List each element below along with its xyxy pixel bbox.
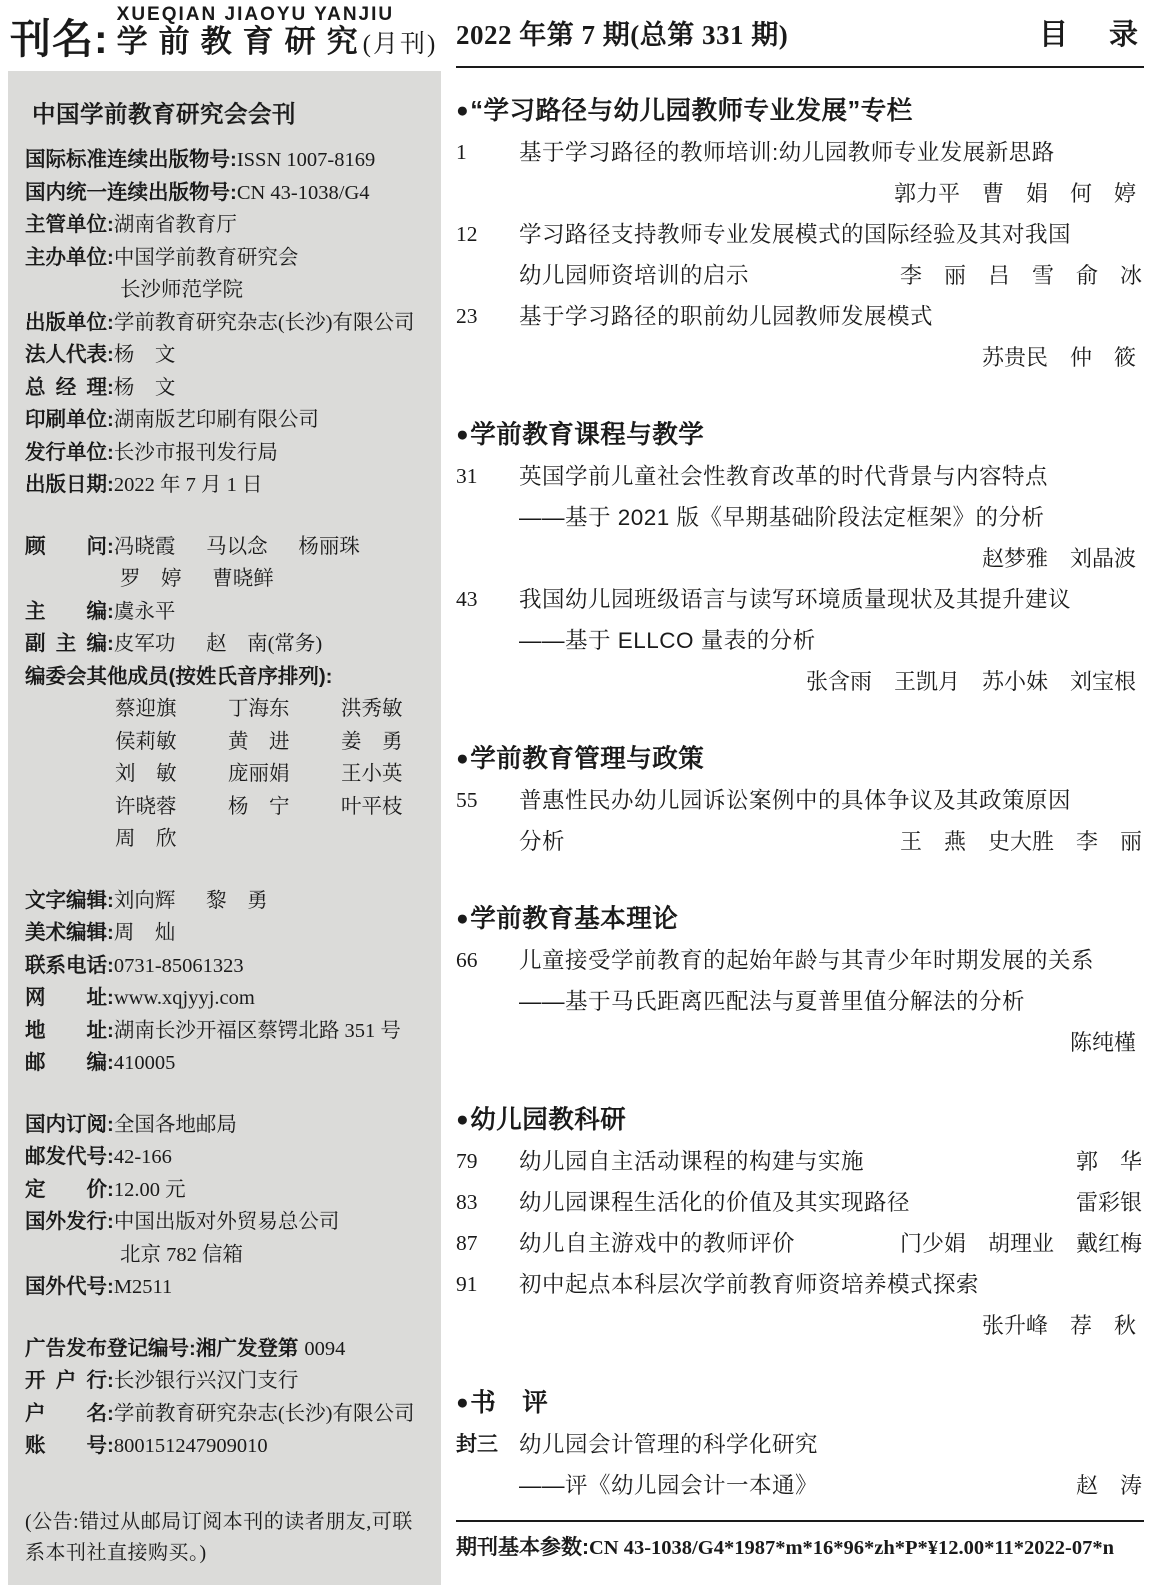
section-bullet-icon: ● — [456, 898, 469, 940]
toc-item: 封三幼儿园会计管理的科学化研究——评《幼儿园会计一本通》赵 涛 — [456, 1424, 1144, 1506]
info-label: 出版单位 — [25, 311, 107, 334]
info-value: 湖南省教育厅 — [114, 214, 237, 236]
toc-item: 87幼儿自主游戏中的教师评价门少娟 胡理业 戴红梅 — [456, 1223, 1144, 1264]
toc-item-text: 幼儿自主游戏中的教师评价门少娟 胡理业 戴红梅 — [519, 1223, 1144, 1264]
toc-title-text: 幼儿园课程生活化的价值及其实现路径 — [519, 1182, 910, 1223]
board-names-row: 侯莉敏黄 进姜 勇 — [25, 726, 431, 759]
info-colon: : — [107, 1113, 114, 1136]
toc-title-line: 我国幼儿园班级语言与读写环境质量现状及其提升建议 — [519, 579, 1144, 620]
info-row: 国外代号:M2511 — [25, 1271, 431, 1304]
info-colon: : — [107, 441, 114, 464]
info-colon: : — [230, 148, 237, 171]
board-member-name: 许晓蓉 — [115, 791, 228, 824]
info-colon: : — [107, 376, 114, 399]
info-colon: : — [107, 1178, 114, 1201]
toc-title-text: 幼儿园会计管理的科学化研究 — [519, 1424, 818, 1465]
toc-authors-inline: 赵 涛 — [1068, 1465, 1144, 1506]
toc-item-page: 79 — [456, 1141, 519, 1182]
toc-item-page: 83 — [456, 1182, 519, 1223]
toc-title-text: ——基于 ELLCO 量表的分析 — [519, 620, 816, 661]
info-group: 广告发布登记编号:湘广发登第0094开 户 行:长沙银行兴汉门支行户 名:学前教… — [25, 1333, 431, 1463]
toc-section: ●学前教育管理与政策55普惠性民办幼儿园诉讼案例中的具体争议及其政策原因分析王 … — [456, 738, 1144, 862]
info-row: 出版日期:2022 年 7 月 1 日 — [25, 469, 431, 502]
info-label: 文字编辑 — [25, 889, 107, 912]
board-member-name: 庞丽娟 — [228, 758, 341, 791]
info-row: 出版单位:学前教育研究杂志(长沙)有限公司 — [25, 307, 431, 340]
toc-section-header: ●幼儿园教科研 — [456, 1099, 1144, 1141]
info-label: 国际标准连续出版物号 — [25, 148, 230, 171]
toc-item-page: 91 — [456, 1264, 519, 1346]
info-row: 定 价:12.00 元 — [25, 1174, 431, 1207]
toc-item-page: 1 — [456, 132, 519, 214]
toc-title-line: ——基于马氏距离匹配法与夏普里值分解法的分析 — [519, 981, 1144, 1022]
journal-title-block: XUEQIAN JIAOYU YANJIU 学前教育研究(月刊) — [117, 5, 438, 58]
toc-item: 43我国幼儿园班级语言与读写环境质量现状及其提升建议——基于 ELLCO 量表的… — [456, 579, 1144, 702]
info-value: 周 灿 — [114, 922, 176, 944]
info-value: 杨 文 — [114, 344, 176, 366]
info-value: CN 43-1038/G4 — [237, 182, 370, 204]
toc-item-page: 43 — [456, 579, 519, 702]
info-colon: : — [230, 181, 237, 204]
issue-label: 2022 年第 7 期(总第 331 期) — [456, 13, 788, 52]
toc-title-text: 普惠性民办幼儿园诉讼案例中的具体争议及其政策原因 — [519, 780, 1071, 821]
section-bullet-icon: ● — [456, 738, 469, 780]
toc-section-title: “学习路径与幼儿园教师专业发展”专栏 — [470, 90, 913, 132]
info-colon: : — [107, 535, 114, 558]
toc-item-page: 31 — [456, 456, 519, 579]
toc-title-text: 基于学习路径的教师培训:幼儿园教师专业发展新思路 — [519, 132, 1055, 173]
info-colon: : — [107, 889, 114, 912]
board-member-name: 黄 进 — [228, 726, 341, 759]
info-colon: : — [107, 1402, 114, 1425]
info-row: 副 主 编:皮军功 赵 南(常务) — [25, 628, 431, 661]
toc-title-line: ——基于 2021 版《早期基础阶段法定框架》的分析 — [519, 497, 1144, 538]
toc-title-text: 英国学前儿童社会性教育改革的时代背景与内容特点 — [519, 456, 1048, 497]
info-row: 国内订阅:全国各地邮局 — [25, 1109, 431, 1142]
board-member-name: 丁海东 — [228, 693, 341, 726]
toc-item-page: 87 — [456, 1223, 519, 1264]
info-label: 主办单位 — [25, 246, 107, 269]
toc-item-text: 儿童接受学前教育的起始年龄与其青少年时期发展的关系——基于马氏距离匹配法与夏普里… — [519, 940, 1144, 1063]
toc-item: 31英国学前儿童社会性教育改革的时代背景与内容特点——基于 2021 版《早期基… — [456, 456, 1144, 579]
info-label: 出版日期 — [25, 473, 107, 496]
info-colon: : — [107, 1369, 114, 1392]
info-value: 学前教育研究杂志(长沙)有限公司 — [114, 1403, 415, 1425]
info-row: 文字编辑:刘向辉 黎 勇 — [25, 885, 431, 918]
info-continuation: 北京 782 信箱 — [25, 1239, 431, 1272]
toc-title-text: ——基于 2021 版《早期基础阶段法定框架》的分析 — [519, 497, 1045, 538]
info-value: 0094 — [304, 1338, 345, 1360]
info-continuation: 罗 婷 曹晓鲜 — [25, 563, 431, 596]
toc-title-line: 分析王 燕 史大胜 李 丽 — [519, 821, 1144, 862]
info-row: 邮发代号:42-166 — [25, 1141, 431, 1174]
toc-title-line: 儿童接受学前教育的起始年龄与其青少年时期发展的关系 — [519, 940, 1144, 981]
info-label: 顾 问 — [25, 535, 107, 558]
info-colon: : — [107, 343, 114, 366]
info-label: 主 编 — [25, 600, 107, 623]
info-value: 冯晓霞 马以念 杨丽珠 — [114, 536, 360, 558]
info-value: 皮军功 赵 南(常务) — [114, 633, 322, 655]
info-value: 刘向辉 黎 勇 — [114, 890, 268, 912]
toc-section-header: ●学前教育基本理论 — [456, 898, 1144, 940]
info-colon: : — [107, 1275, 114, 1298]
info-row: 地 址:湖南长沙开福区蔡锷北路 351 号 — [25, 1015, 431, 1048]
info-value: 中国学前教育研究会 — [114, 247, 299, 269]
toc-title-line: ——评《幼儿园会计一本通》赵 涛 — [519, 1465, 1144, 1506]
toc-title-text: 分析 — [519, 821, 565, 862]
info-colon: : — [107, 954, 114, 977]
section-bullet-icon: ● — [456, 1382, 469, 1424]
board-member-name: 洪秀敏 — [341, 693, 441, 726]
board-member-name: 姜 勇 — [341, 726, 441, 759]
toc-item-page: 23 — [456, 296, 519, 378]
info-colon: : — [189, 1337, 196, 1360]
toc-item-page: 封三 — [456, 1424, 519, 1506]
section-bullet-icon: ● — [456, 414, 469, 456]
toc-heading: 目 录 — [1039, 12, 1144, 53]
info-value: 42-166 — [114, 1146, 172, 1168]
info-value: 长沙市报刊发行局 — [114, 442, 278, 464]
toc-title-line: 幼儿自主游戏中的教师评价门少娟 胡理业 戴红梅 — [519, 1223, 1144, 1264]
toc-item: 55普惠性民办幼儿园诉讼案例中的具体争议及其政策原因分析王 燕 史大胜 李 丽 — [456, 780, 1144, 862]
toc-title-text: 初中起点本科层次学前教育师资培养模式探索 — [519, 1264, 979, 1305]
info-row: 联系电话:0731-85061323 — [25, 950, 431, 983]
toc-section-title: 学前教育基本理论 — [470, 898, 678, 940]
board-member-name: 叶平枝 — [341, 791, 441, 824]
toc-item-text: 幼儿园会计管理的科学化研究——评《幼儿园会计一本通》赵 涛 — [519, 1424, 1144, 1506]
info-value: ISSN 1007-8169 — [237, 149, 375, 171]
info-label: 美术编辑 — [25, 921, 107, 944]
info-group: 国际标准连续出版物号:ISSN 1007-8169国内统一连续出版物号:CN 4… — [25, 144, 431, 502]
section-bullet-icon: ● — [456, 90, 469, 132]
info-colon: : — [107, 600, 114, 623]
toc-section-title: 学前教育课程与教学 — [470, 414, 704, 456]
info-label: 国外发行 — [25, 1210, 107, 1233]
info-row: 国际标准连续出版物号:ISSN 1007-8169 — [25, 144, 431, 177]
info-continuation: 长沙师范学院 — [25, 274, 431, 307]
toc-section-title: 学前教育管理与政策 — [470, 738, 704, 780]
info-colon: : — [107, 921, 114, 944]
info-value: 长沙银行兴汉门支行 — [114, 1370, 299, 1392]
info-value: 湖南长沙开福区蔡锷北路 351 号 — [114, 1020, 401, 1042]
toc-title-line: 初中起点本科层次学前教育师资培养模式探索 — [519, 1264, 1144, 1305]
toc-title-line: 基于学习路径的教师培训:幼儿园教师专业发展新思路 — [519, 132, 1144, 173]
info-colon: : — [107, 311, 114, 334]
board-member-name: 侯莉敏 — [115, 726, 228, 759]
toc-section-title: 书 评 — [470, 1382, 548, 1424]
toc-title-text: 幼儿园自主活动课程的构建与实施 — [519, 1141, 864, 1182]
toc-item-page: 66 — [456, 940, 519, 1063]
section-bullet-icon: ● — [456, 1099, 469, 1141]
info-label: 网 址 — [25, 986, 107, 1009]
info-row: 发行单位:长沙市报刊发行局 — [25, 437, 431, 470]
toc-item-page: 12 — [456, 214, 519, 296]
toc-title-text: 基于学习路径的职前幼儿园教师发展模式 — [519, 296, 933, 337]
toc-item-text: 英国学前儿童社会性教育改革的时代背景与内容特点——基于 2021 版《早期基础阶… — [519, 456, 1144, 579]
toc-title-line: 基于学习路径的职前幼儿园教师发展模式 — [519, 296, 1144, 337]
toc-title-line: 英国学前儿童社会性教育改革的时代背景与内容特点 — [519, 456, 1144, 497]
info-box-title: 中国学前教育研究会会刊 — [32, 95, 431, 129]
toc-authors-inline: 王 燕 史大胜 李 丽 — [892, 821, 1144, 862]
toc-authors-line: 苏贵民 仲 筱 — [519, 337, 1144, 378]
toc-title-line: 幼儿园会计管理的科学化研究 — [519, 1424, 1144, 1465]
info-row: 邮 编:410005 — [25, 1047, 431, 1080]
info-colon: : — [107, 986, 114, 1009]
toc-authors-line: 张升峰 荐 秋 — [519, 1305, 1144, 1346]
toc-item: 23基于学习路径的职前幼儿园教师发展模式苏贵民 仲 筱 — [456, 296, 1144, 378]
info-label: 国内统一连续出版物号 — [25, 181, 230, 204]
toc-item-text: 普惠性民办幼儿园诉讼案例中的具体争议及其政策原因分析王 燕 史大胜 李 丽 — [519, 780, 1144, 862]
info-label: 副 主 编 — [25, 632, 107, 655]
info-row: 账 号:800151247909010 — [25, 1430, 431, 1463]
info-colon: : — [107, 213, 114, 236]
info-colon: : — [107, 1019, 114, 1042]
info-value-bold: 湘广发登第 — [196, 1337, 299, 1360]
info-row: 主 编:虞永平 — [25, 596, 431, 629]
info-group: (公告:错过从邮局订阅本刊的读者朋友,可联系本刊社直接购买。) — [25, 1507, 431, 1569]
journal-frequency: (月刊) — [363, 31, 438, 58]
toc-section: ●学前教育基本理论66儿童接受学前教育的起始年龄与其青少年时期发展的关系——基于… — [456, 898, 1144, 1063]
info-row: 户 名:学前教育研究杂志(长沙)有限公司 — [25, 1398, 431, 1431]
toc-section-header: ●“学习路径与幼儿园教师专业发展”专栏 — [456, 90, 1144, 132]
info-colon: : — [107, 1051, 114, 1074]
toc-section: ●“学习路径与幼儿园教师专业发展”专栏1基于学习路径的教师培训:幼儿园教师专业发… — [456, 90, 1144, 378]
info-row: 国外发行:中国出版对外贸易总公司 — [25, 1206, 431, 1239]
info-label: 邮发代号 — [25, 1145, 107, 1168]
info-colon: : — [107, 408, 114, 431]
info-row: 顾 问:冯晓霞 马以念 杨丽珠 — [25, 531, 431, 564]
info-label: 主管单位 — [25, 213, 107, 236]
info-row: 法人代表:杨 文 — [25, 339, 431, 372]
info-colon: : — [107, 246, 114, 269]
info-value: 学前教育研究杂志(长沙)有限公司 — [114, 312, 415, 334]
journal-name-label: 刊名: — [10, 20, 109, 59]
info-label: 账 号 — [25, 1434, 107, 1457]
toc-section-header: ●学前教育课程与教学 — [456, 414, 1144, 456]
toc-title-text: ——评《幼儿园会计一本通》 — [519, 1465, 818, 1506]
board-member-name: 周 欣 — [115, 823, 228, 856]
toc-item-text: 初中起点本科层次学前教育师资培养模式探索张升峰 荐 秋 — [519, 1264, 1144, 1346]
info-value: www.xqjyyj.com — [114, 987, 255, 1009]
info-colon: : — [107, 1434, 114, 1457]
board-names-row: 许晓蓉杨 宁叶平枝 — [25, 791, 431, 824]
info-value: 杨 文 — [114, 377, 176, 399]
info-value: 湖南版艺印刷有限公司 — [114, 409, 319, 431]
info-value: 410005 — [114, 1052, 176, 1074]
toc-title-text: ——基于马氏距离匹配法与夏普里值分解法的分析 — [519, 981, 1025, 1022]
info-colon: : — [107, 473, 114, 496]
toc-top-divider — [456, 66, 1144, 68]
info-row: 美术编辑:周 灿 — [25, 917, 431, 950]
board-member-name: 刘 敏 — [115, 758, 228, 791]
info-value: M2511 — [114, 1276, 172, 1298]
toc-section: ●书 评封三幼儿园会计管理的科学化研究——评《幼儿园会计一本通》赵 涛 — [456, 1382, 1144, 1506]
info-value: 中国出版对外贸易总公司 — [114, 1211, 340, 1233]
board-member-name: 王小英 — [341, 758, 441, 791]
journal-pinyin: XUEQIAN JIAOYU YANJIU — [117, 5, 438, 26]
toc-title-line: 普惠性民办幼儿园诉讼案例中的具体争议及其政策原因 — [519, 780, 1144, 821]
toc-authors-line: 赵梦雅 刘晶波 — [519, 538, 1144, 579]
toc-title-text: 学习路径支持教师专业发展模式的国际经验及其对我国 — [519, 214, 1071, 255]
info-label: 定 价 — [25, 1178, 107, 1201]
toc-authors-line: 郭力平 曹 娟 何 婷 — [519, 173, 1144, 214]
info-row: 广告发布登记编号:湘广发登第0094 — [25, 1333, 431, 1366]
toc-title-line: ——基于 ELLCO 量表的分析 — [519, 620, 1144, 661]
journal-title: 学前教育研究 — [117, 24, 369, 59]
info-row: 开 户 行:长沙银行兴汉门支行 — [25, 1365, 431, 1398]
info-label: 总 经 理 — [25, 376, 107, 399]
toc-item: 79幼儿园自主活动课程的构建与实施郭 华 — [456, 1141, 1144, 1182]
toc-title-text: 我国幼儿园班级语言与读写环境质量现状及其提升建议 — [519, 579, 1071, 620]
parameters-label: 期刊基本参数: — [456, 1536, 589, 1559]
journal-title-line: 学前教育研究(月刊) — [117, 26, 438, 59]
toc-section: ●学前教育课程与教学31英国学前儿童社会性教育改革的时代背景与内容特点——基于 … — [456, 414, 1144, 702]
board-names-row: 刘 敏庞丽娟王小英 — [25, 758, 431, 791]
info-label: 国外代号 — [25, 1275, 107, 1298]
info-row: 主管单位:湖南省教育厅 — [25, 209, 431, 242]
info-label: 广告发布登记编号 — [25, 1337, 189, 1360]
info-row: 主办单位:中国学前教育研究会 — [25, 242, 431, 275]
toc-item: 91初中起点本科层次学前教育师资培养模式探索张升峰 荐 秋 — [456, 1264, 1144, 1346]
toc-authors-inline: 郭 华 — [1068, 1141, 1144, 1182]
toc-title-line: 幼儿园师资培训的启示李 丽 吕 雪 俞 冰 — [519, 255, 1144, 296]
board-names-row: 蔡迎旗丁海东洪秀敏 — [25, 693, 431, 726]
toc-title-line: 幼儿园课程生活化的价值及其实现路径雷彩银 — [519, 1182, 1144, 1223]
info-colon: : — [107, 1210, 114, 1233]
info-row: 国内统一连续出版物号:CN 43-1038/G4 — [25, 177, 431, 210]
toc-item: 66儿童接受学前教育的起始年龄与其青少年时期发展的关系——基于马氏距离匹配法与夏… — [456, 940, 1144, 1063]
toc-header: 2022 年第 7 期(总第 331 期) 目 录 — [456, 12, 1144, 53]
info-label: 国内订阅 — [25, 1113, 107, 1136]
toc-title-line: 幼儿园自主活动课程的构建与实施郭 华 — [519, 1141, 1144, 1182]
info-value: 12.00 元 — [114, 1179, 186, 1201]
toc-section-header: ●书 评 — [456, 1382, 1144, 1424]
toc-sections: ●“学习路径与幼儿园教师专业发展”专栏1基于学习路径的教师培训:幼儿园教师专业发… — [456, 90, 1144, 1506]
info-colon: : — [107, 1145, 114, 1168]
toc-title-text: 幼儿自主游戏中的教师评价 — [519, 1223, 795, 1264]
toc-column: 2022 年第 7 期(总第 331 期) 目 录 ●“学习路径与幼儿园教师专业… — [456, 12, 1144, 1561]
info-group: 文字编辑:刘向辉 黎 勇美术编辑:周 灿联系电话:0731-85061323网 … — [25, 885, 431, 1080]
toc-item: 83幼儿园课程生活化的价值及其实现路径雷彩银 — [456, 1182, 1144, 1223]
parameters-value: CN 43-1038/G4*1987*m*16*96*zh*P*¥12.00*1… — [589, 1537, 1114, 1559]
publication-info-box: 中国学前教育研究会会刊 国际标准连续出版物号:ISSN 1007-8169国内统… — [8, 71, 441, 1585]
toc-authors-inline: 门少娟 胡理业 戴红梅 — [892, 1223, 1144, 1264]
toc-section: ●幼儿园教科研79幼儿园自主活动课程的构建与实施郭 华83幼儿园课程生活化的价值… — [456, 1099, 1144, 1346]
info-row: 总 经 理:杨 文 — [25, 372, 431, 405]
info-value: 800151247909010 — [114, 1435, 268, 1457]
toc-item-text: 幼儿园课程生活化的价值及其实现路径雷彩银 — [519, 1182, 1144, 1223]
toc-item-text: 学习路径支持教师专业发展模式的国际经验及其对我国幼儿园师资培训的启示李 丽 吕 … — [519, 214, 1144, 296]
info-colon: : — [107, 632, 114, 655]
info-label: 印刷单位 — [25, 408, 107, 431]
toc-title-line: 学习路径支持教师专业发展模式的国际经验及其对我国 — [519, 214, 1144, 255]
toc-item-page: 55 — [456, 780, 519, 862]
info-label: 法人代表 — [25, 343, 107, 366]
info-label: 开 户 行 — [25, 1369, 107, 1392]
info-row: 网 址:www.xqjyyj.com — [25, 982, 431, 1015]
info-label: 邮 编 — [25, 1051, 107, 1074]
toc-item-text: 基于学习路径的职前幼儿园教师发展模式苏贵民 仲 筱 — [519, 296, 1144, 378]
toc-item: 12学习路径支持教师专业发展模式的国际经验及其对我国幼儿园师资培训的启示李 丽 … — [456, 214, 1144, 296]
toc-authors-line: 张含雨 王凯月 苏小妹 刘宝根 — [519, 661, 1144, 702]
info-group: 顾 问:冯晓霞 马以念 杨丽珠罗 婷 曹晓鲜主 编:虞永平副 主 编:皮军功 赵… — [25, 531, 431, 856]
toc-title-text: 幼儿园师资培训的启示 — [519, 255, 749, 296]
journal-parameters-line: 期刊基本参数:CN 43-1038/G4*1987*m*16*96*zh*P*¥… — [456, 1520, 1144, 1561]
toc-authors-inline: 李 丽 吕 雪 俞 冰 — [892, 255, 1144, 296]
info-fields: 国际标准连续出版物号:ISSN 1007-8169国内统一连续出版物号:CN 4… — [25, 144, 431, 1569]
board-member-name: 杨 宁 — [228, 791, 341, 824]
masthead: 刊名: XUEQIAN JIAOYU YANJIU 学前教育研究(月刊) — [10, 5, 437, 58]
board-header: 编委会其他成员(按姓氏音序排列): — [25, 661, 431, 694]
info-value: 0731-85061323 — [114, 955, 244, 977]
toc-section-header: ●学前教育管理与政策 — [456, 738, 1144, 780]
info-label: 发行单位 — [25, 441, 107, 464]
board-names-row: 周 欣 — [25, 823, 431, 856]
info-label: 户 名 — [25, 1402, 107, 1425]
toc-section-title: 幼儿园教科研 — [470, 1099, 626, 1141]
subscription-note: (公告:错过从邮局订阅本刊的读者朋友,可联系本刊社直接购买。) — [25, 1507, 431, 1569]
info-label: 地 址 — [25, 1019, 107, 1042]
toc-item-text: 基于学习路径的教师培训:幼儿园教师专业发展新思路郭力平 曹 娟 何 婷 — [519, 132, 1144, 214]
toc-authors-inline: 雷彩银 — [1068, 1182, 1144, 1223]
info-value: 虞永平 — [114, 601, 176, 623]
toc-item-text: 我国幼儿园班级语言与读写环境质量现状及其提升建议——基于 ELLCO 量表的分析… — [519, 579, 1144, 702]
board-member-name: 蔡迎旗 — [115, 693, 228, 726]
toc-authors-line: 陈纯槿 — [519, 1022, 1144, 1063]
info-group: 国内订阅:全国各地邮局邮发代号:42-166定 价:12.00 元国外发行:中国… — [25, 1109, 431, 1304]
info-row: 印刷单位:湖南版艺印刷有限公司 — [25, 404, 431, 437]
toc-item-text: 幼儿园自主活动课程的构建与实施郭 华 — [519, 1141, 1144, 1182]
info-value: 全国各地邮局 — [114, 1114, 237, 1136]
toc-item: 1基于学习路径的教师培训:幼儿园教师专业发展新思路郭力平 曹 娟 何 婷 — [456, 132, 1144, 214]
toc-title-text: 儿童接受学前教育的起始年龄与其青少年时期发展的关系 — [519, 940, 1094, 981]
info-value: 2022 年 7 月 1 日 — [114, 474, 263, 496]
info-label: 联系电话 — [25, 954, 107, 977]
